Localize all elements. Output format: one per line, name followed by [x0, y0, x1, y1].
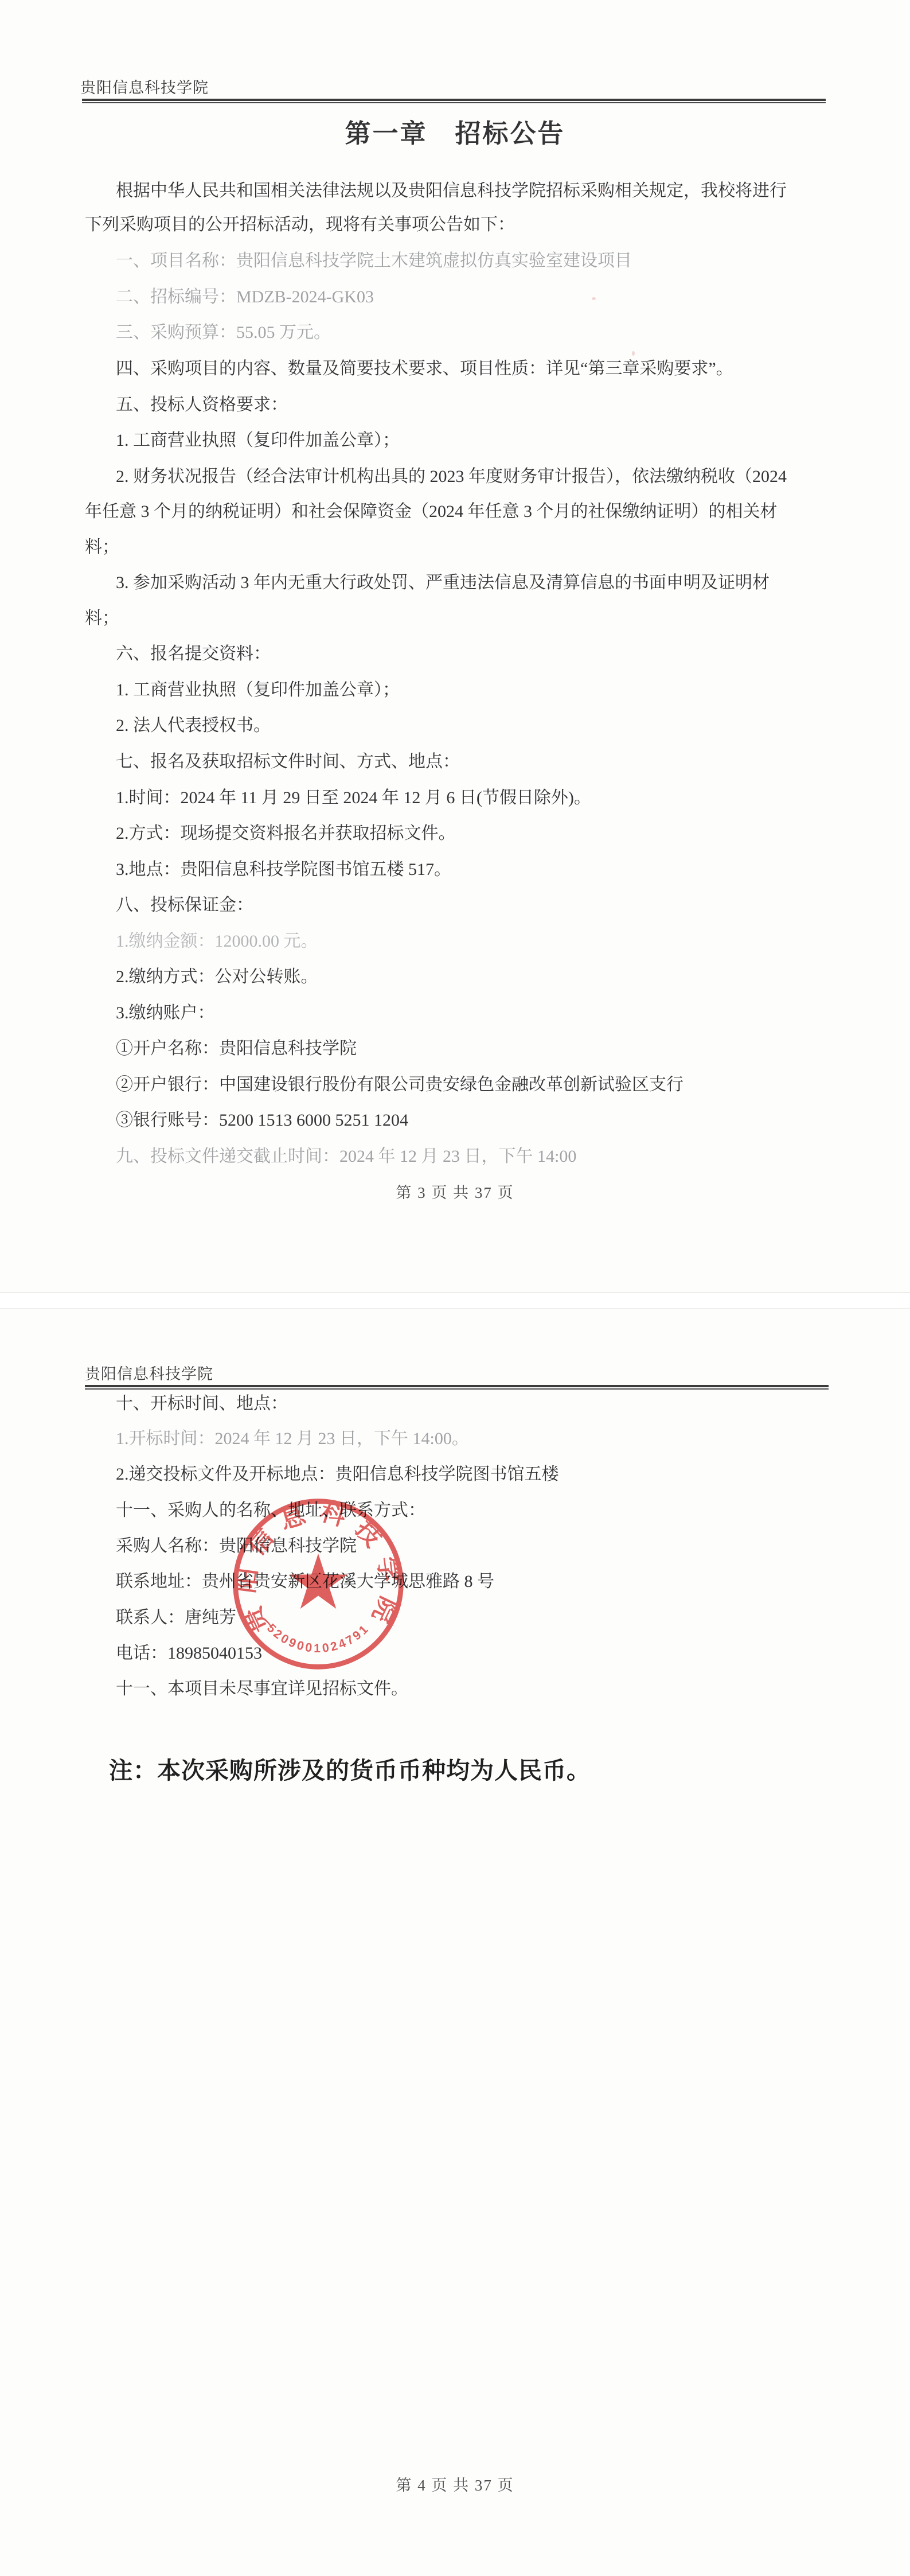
- doc-line: 2.方式：现场提交资料报名并获取招标文件。: [116, 821, 456, 846]
- doc-line-contact-phone: 电话：18985040153: [116, 1641, 262, 1666]
- doc-line: 1. 工商营业执照（复印件加盖公章）；: [116, 428, 400, 453]
- doc-line: 2. 财务状况报告（经合法审计机构出具的 2023 年度财务审计报告），依法缴纳…: [116, 464, 787, 489]
- page-header-org-name: 贵阳信息科技学院: [85, 1364, 213, 1384]
- header-rule: [85, 1385, 829, 1387]
- doc-line: 十、开标时间、地点：: [116, 1391, 288, 1417]
- document-scan: 贵阳信息科技学院 第一章 招标公告 根据中华人民共和国相关法律法规以及贵阳信息科…: [0, 0, 910, 2576]
- doc-line: 五、投标人资格要求：: [116, 392, 288, 418]
- chapter-title: 第一章 招标公告: [0, 118, 910, 150]
- doc-line: 料；: [85, 606, 119, 631]
- page-number-footer: 第 3 页 共 37 页: [0, 1183, 910, 1203]
- doc-line: 年任意 3 个月的纳税证明）和社会保障资金（2024 年任意 3 个月的社保缴纳…: [85, 499, 778, 524]
- doc-line-purchaser-name: 采购人名称：贵阳信息科技学院: [116, 1534, 357, 1559]
- doc-line: 3.地点：贵阳信息科技学院图书馆五楼 517。: [116, 857, 451, 882]
- doc-line-project-name: 一、项目名称：贵阳信息科技学院土木建筑虚拟仿真实验室建设项目: [116, 248, 632, 274]
- doc-line-opening-time: 1.开标时间：2024 年 12 月 23 日，下午 14:00。: [116, 1426, 469, 1452]
- doc-line: 七、报名及获取招标文件时间、方式、地点：: [116, 749, 460, 775]
- scan-artifact: [592, 297, 596, 300]
- doc-line-submit-deadline: 九、投标文件递交截止时间：2024 年 12 月 23 日，下午 14:00: [116, 1144, 576, 1169]
- doc-line: 十一、本项目未尽事宜详见招标文件。: [116, 1676, 408, 1702]
- page-header-org-name: 贵阳信息科技学院: [80, 78, 209, 98]
- doc-line-account-bank: ②开户银行：中国建设银行股份有限公司贵安绿色金融改革创新试验区支行: [116, 1072, 684, 1098]
- doc-line-deposit-amount: 1.缴纳金额：12000.00 元。: [116, 929, 318, 954]
- doc-line: 2. 法人代表授权书。: [116, 713, 271, 738]
- doc-line: 根据中华人民共和国相关法律法规以及贵阳信息科技学院招标采购相关规定，我校将进行: [116, 178, 787, 204]
- doc-line: 2.缴纳方式：公对公转账。: [116, 964, 318, 990]
- doc-line-budget: 三、采购预算：55.05 万元。: [116, 320, 331, 345]
- doc-line-account-name: ①开户名称：贵阳信息科技学院: [116, 1036, 357, 1061]
- doc-line: 六、报名提交资料：: [116, 641, 271, 667]
- page-break-gap: [0, 1293, 910, 1308]
- doc-line-account-number: ③银行账号：5200 1513 6000 5251 1204: [116, 1108, 408, 1133]
- doc-line: 四、采购项目的内容、数量及简要技术要求、项目性质：详见“第三章采购要求”。: [116, 356, 733, 382]
- page-number-footer: 第 4 页 共 37 页: [0, 2476, 910, 2495]
- doc-line: 3. 参加采购活动 3 年内无重大行政处罚、严重违法信息及清算信息的书面申明及证…: [116, 570, 770, 596]
- header-rule: [82, 99, 826, 101]
- doc-line: 十一、采购人的名称、地址、联系方式：: [116, 1498, 425, 1523]
- scan-artifact: [632, 351, 635, 356]
- doc-line: 2.递交投标文件及开标地点：贵阳信息科技学院图书馆五楼: [116, 1462, 559, 1487]
- doc-line-tender-number: 二、招标编号：MDZB-2024-GK03: [116, 285, 374, 310]
- scan-artifact: [600, 188, 603, 191]
- doc-line: 八、投标保证金：: [116, 893, 253, 918]
- doc-line: 3.缴纳账户：: [116, 1001, 215, 1026]
- doc-line: 下列采购项目的公开招标活动，现将有关事项公告如下：: [85, 212, 515, 238]
- doc-line-contact-address: 联系地址：贵州省贵安新区花溪大学城思雅路 8 号: [116, 1569, 494, 1594]
- doc-line: 料；: [85, 535, 119, 560]
- doc-line: 1.时间：2024 年 11 月 29 日至 2024 年 12 月 6 日(节…: [116, 785, 591, 811]
- doc-line: 1. 工商营业执照（复印件加盖公章）；: [116, 678, 400, 703]
- doc-line-contact-person: 联系人：唐纯芳: [116, 1605, 236, 1631]
- currency-note: 注：本次采购所涉及的货币币种均为人民币。: [109, 1754, 591, 1787]
